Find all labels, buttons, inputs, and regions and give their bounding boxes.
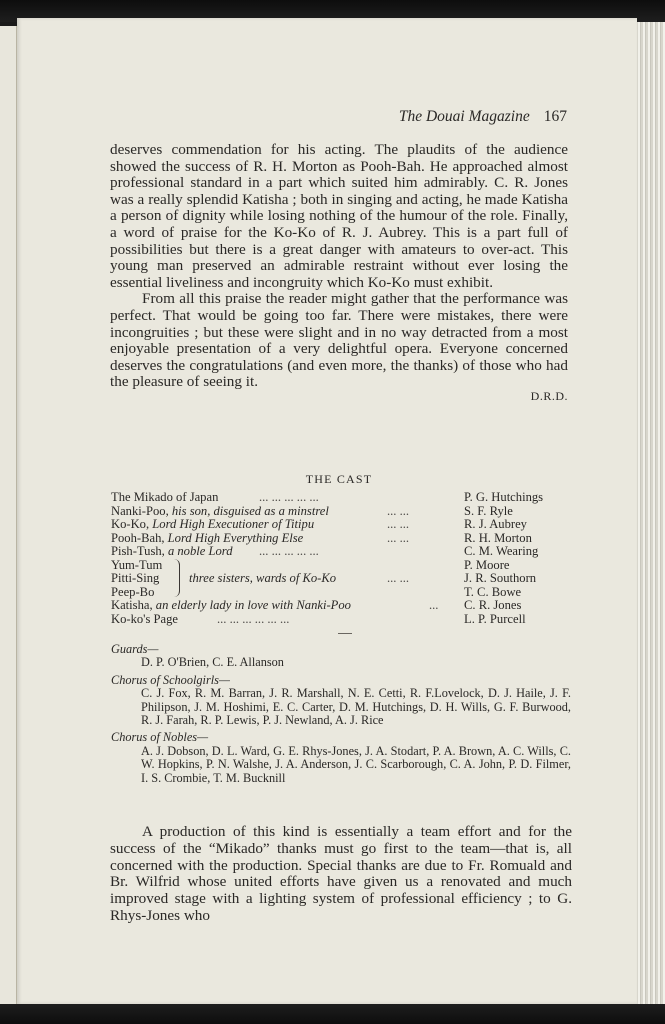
actor-name: T. C. Bowe xyxy=(464,586,521,600)
chorus-members: C. J. Fox, R. M. Barran, J. R. Marshall,… xyxy=(111,687,571,727)
role-name: Peep-Bo xyxy=(111,585,154,599)
leader-dots: ... ... xyxy=(387,505,409,519)
cast-heading: THE CAST xyxy=(110,472,568,487)
role-description: a noble Lord xyxy=(168,544,233,558)
role-name: Katisha, xyxy=(111,598,156,612)
review-paragraph: deserves commendation for his acting. Th… xyxy=(110,142,568,291)
actor-name: C. R. Jones xyxy=(464,599,521,613)
role-description: Lord High Everything Else xyxy=(168,531,304,545)
review-text: deserves commendation for his acting. Th… xyxy=(110,142,568,405)
role-description: three sisters, wards of Ko-Ko xyxy=(189,571,336,585)
chorus-members: A. J. Dobson, D. L. Ward, G. E. Rhys-Jon… xyxy=(111,745,571,785)
cast-row: Ko-Ko, Lord High Executioner of Titipu .… xyxy=(111,518,571,532)
role-name: Ko-ko's Page xyxy=(111,612,178,626)
role-name: The Mikado of Japan xyxy=(111,490,218,504)
actor-name: R. J. Aubrey xyxy=(464,518,527,532)
cast-row: Nanki-Poo, his son, disguised as a minst… xyxy=(111,505,571,519)
cast-row: Ko-ko's Page ... ... ... ... ... ... L. … xyxy=(111,613,571,627)
facing-page-edge xyxy=(0,26,17,1006)
role-description: Lord High Executioner of Titipu xyxy=(152,517,314,531)
chorus-heading: Chorus of Schoolgirls— xyxy=(111,674,571,687)
role-name: Pish-Tush, xyxy=(111,544,168,558)
actor-name: R. H. Morton xyxy=(464,532,532,546)
cast-row: Pooh-Bah, Lord High Everything Else ... … xyxy=(111,532,571,546)
review-paragraph: From all this praise the reader might ga… xyxy=(110,291,568,391)
actor-name: C. M. Wearing xyxy=(464,545,538,559)
running-head: The Douai Magazine167 xyxy=(0,108,567,126)
role-name: Nanki-Poo, xyxy=(111,504,172,518)
cast-list: The Mikado of Japan ... ... ... ... ... … xyxy=(111,491,571,626)
leader-dots: ... ... xyxy=(387,532,409,546)
cast-row: Yum-Tum P. Moore xyxy=(111,559,571,573)
actor-name: P. Moore xyxy=(464,559,509,573)
leader-dots: ... ... ... ... ... xyxy=(259,545,319,559)
cast-row: Pish-Tush, a noble Lord ... ... ... ... … xyxy=(111,545,571,559)
cast-row: Pitti-Sing three sisters, wards of Ko-Ko… xyxy=(111,572,571,586)
chorus-list: Guards— D. P. O'Brien, C. E. Allanson Ch… xyxy=(111,643,571,789)
cast-row: Peep-Bo T. C. Bowe xyxy=(111,586,571,600)
actor-name: P. G. Hutchings xyxy=(464,491,543,505)
book-binding-bottom xyxy=(0,1004,665,1024)
cast-row: Katisha, an elderly lady in love with Na… xyxy=(111,599,571,613)
chorus-heading: Guards— xyxy=(111,643,571,656)
section-divider xyxy=(338,633,352,634)
leader-dots: ... ... xyxy=(387,572,409,586)
actor-name: S. F. Ryle xyxy=(464,505,513,519)
role-name: Ko-Ko, xyxy=(111,517,152,531)
role-name: Yum-Tum xyxy=(111,558,162,572)
role-description: an elderly lady in love with Nanki-Poo xyxy=(156,598,351,612)
cast-row: The Mikado of Japan ... ... ... ... ... … xyxy=(111,491,571,505)
leader-dots: ... ... ... ... ... ... xyxy=(217,613,289,627)
role-name: Pooh-Bah, xyxy=(111,531,168,545)
magazine-title: The Douai Magazine xyxy=(399,108,530,125)
page-stack-edge xyxy=(636,22,665,1006)
page-number: 167 xyxy=(544,108,567,125)
leader-dots: ... ... ... ... ... xyxy=(259,491,319,505)
closing-paragraph: A production of this kind is essentially… xyxy=(110,824,572,925)
leader-dots: ... xyxy=(429,599,438,613)
actor-name: J. R. Southorn xyxy=(464,572,536,586)
leader-dots: ... ... xyxy=(387,518,409,532)
closing-text: A production of this kind is essentially… xyxy=(110,824,572,925)
role-description: his son, disguised as a minstrel xyxy=(172,504,329,518)
chorus-members: D. P. O'Brien, C. E. Allanson xyxy=(111,656,571,669)
actor-name: L. P. Purcell xyxy=(464,613,526,627)
chorus-heading: Chorus of Nobles— xyxy=(111,731,571,744)
role-name: Pitti-Sing xyxy=(111,571,159,585)
